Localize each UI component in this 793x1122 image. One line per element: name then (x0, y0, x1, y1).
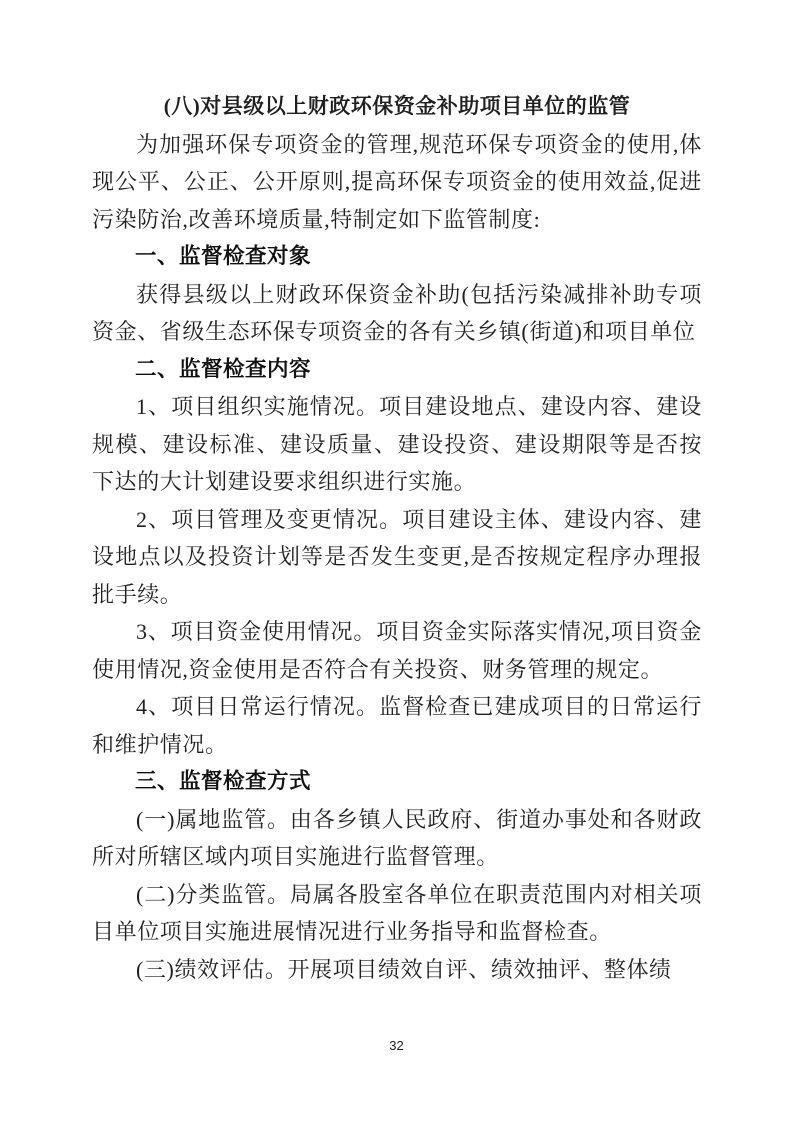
paragraph-intro: 为加强环保专项资金的管理,规范环保专项资金的使用,体现公平、公正、公开原则,提高… (92, 126, 702, 239)
paragraph-method-2: (二)分类监管。局属各股室各单位在职责范围内对相关项目单位项目实施进展情况进行业… (92, 876, 702, 951)
heading-inspection-targets: 一、监督检查对象 (92, 238, 702, 276)
document-page: (八)对县级以上财政环保资金补助项目单位的监管 为加强环保专项资金的管理,规范环… (0, 0, 793, 1122)
paragraph-method-1: (一)属地监管。由各乡镇人民政府、街道办事处和各财政所对所辖区域内项目实施进行监… (92, 801, 702, 876)
paragraph-method-3: (三)绩效评估。开展项目绩效自评、绩效抽评、整体绩 (92, 951, 702, 989)
paragraph-item-2: 2、项目管理及变更情况。项目建设主体、建设内容、建设地点以及投资计划等是否发生变… (92, 501, 702, 614)
document-content: (八)对县级以上财政环保资金补助项目单位的监管 为加强环保专项资金的管理,规范环… (92, 88, 702, 988)
paragraph-item-4: 4、项目日常运行情况。监督检查已建成项目的日常运行和维护情况。 (92, 688, 702, 763)
section-title: (八)对县级以上财政环保资金补助项目单位的监管 (92, 88, 702, 126)
paragraph-item-1: 1、项目组织实施情况。项目建设地点、建设内容、建设规模、建设标准、建设质量、建设… (92, 388, 702, 501)
heading-inspection-content: 二、监督检查内容 (92, 351, 702, 389)
paragraph-item-3: 3、项目资金使用情况。项目资金实际落实情况,项目资金使用情况,资金使用是否符合有… (92, 613, 702, 688)
paragraph-targets: 获得县级以上财政环保资金补助(包括污染减排补助专项资金、省级生态环保专项资金的各… (92, 276, 702, 351)
page-number: 32 (0, 1038, 793, 1053)
heading-inspection-methods: 三、监督检查方式 (92, 763, 702, 801)
